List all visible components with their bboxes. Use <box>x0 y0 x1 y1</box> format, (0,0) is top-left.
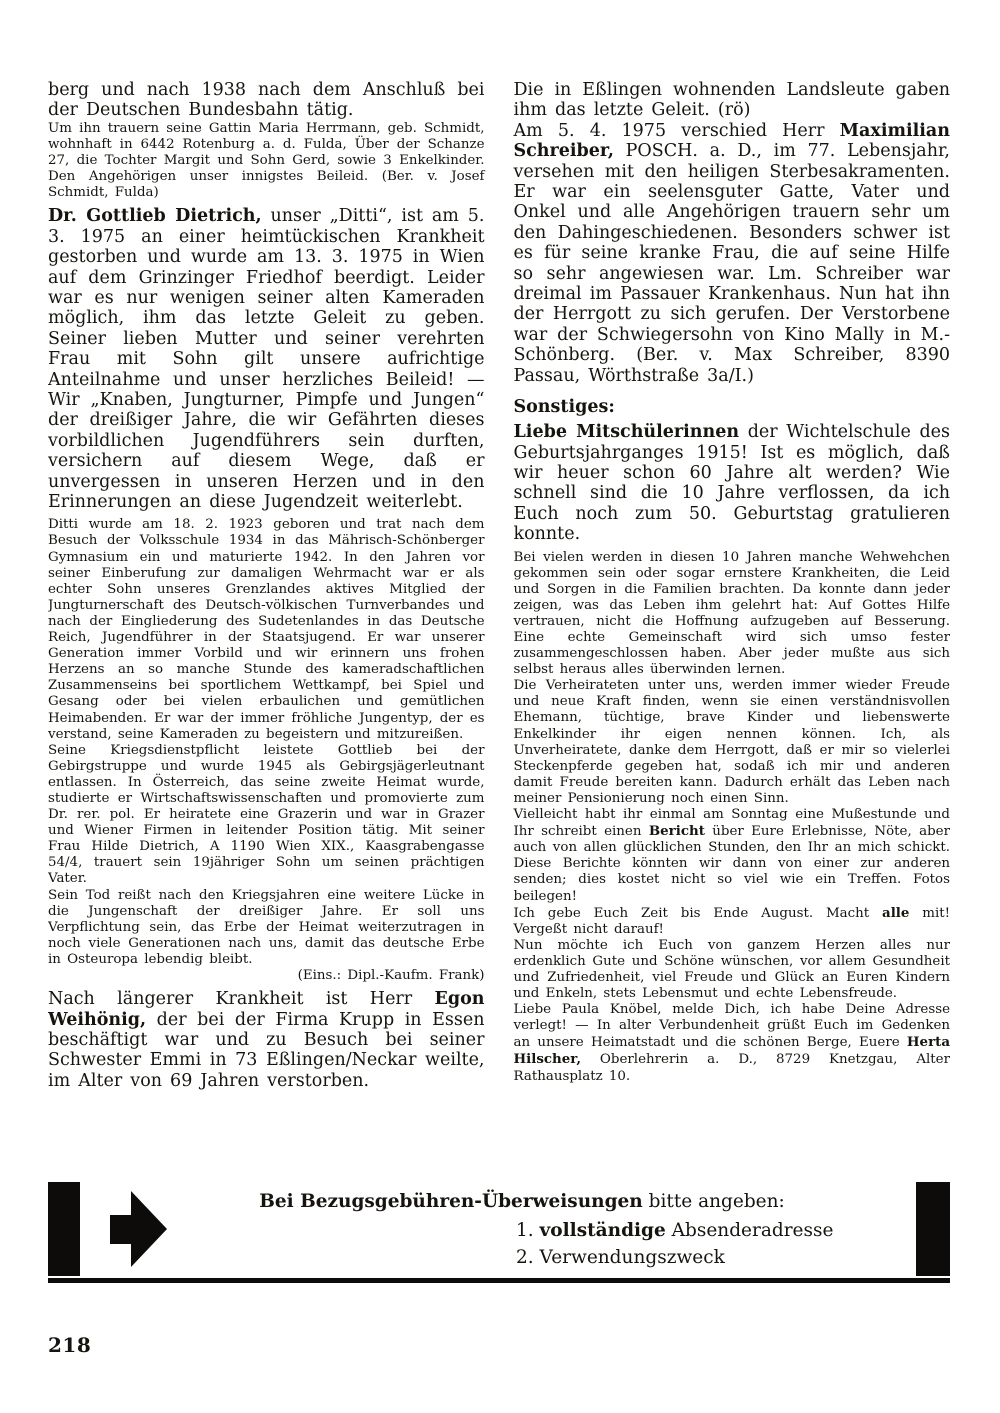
two-column-text: berg und nach 1938 nach dem Anschluß bei… <box>48 80 950 1174</box>
banner-left-bar <box>48 1182 80 1276</box>
text-segment: (Eins.: Dipl.-Kaufm. Frank) <box>298 968 485 983</box>
banner-right-bar <box>916 1182 950 1276</box>
text-segment: alle <box>882 905 909 921</box>
obituary-paragraph: berg und nach 1938 nach dem Anschluß bei… <box>48 80 485 121</box>
text-segment: unser „Ditti“, ist am 5. 3. 1975 an eine… <box>48 206 485 512</box>
text-segment: Bei vielen werden in diesen 10 Jahren ma… <box>514 550 951 678</box>
payment-notice-banner: Bei Bezugsgebühren-Überweisungen bitte a… <box>48 1182 950 1276</box>
banner-list-item: 2. Verwendungszweck <box>516 1244 900 1271</box>
text-segment: Um ihn trauern seine Gattin Maria Herrma… <box>48 121 485 200</box>
notice-fineprint: Ich gebe Euch Zeit bis Ende August. Mach… <box>514 905 951 938</box>
text-segment: Sein Tod reißt nach den Kriegsjahren ein… <box>48 888 485 967</box>
text-segment: berg und nach 1938 nach dem Anschluß bei… <box>48 80 485 120</box>
banner-list: 1. vollständige Absenderadresse 2. Verwe… <box>516 1217 900 1271</box>
section-heading: Sonstiges: <box>514 397 951 417</box>
right-column: Die in Eßlingen wohnenden Landsleute gab… <box>514 80 951 1174</box>
notice-fineprint: Liebe Paula Knöbel, melde Dich, ich habe… <box>514 1002 951 1084</box>
notice-fineprint: Vielleicht habt ihr einmal am Sonntag ei… <box>514 807 951 905</box>
obituary-paragraph: Am 5. 4. 1975 verschied Herr Maximilian … <box>514 121 951 386</box>
text-segment: Absenderadresse <box>666 1220 834 1241</box>
notice-fineprint: Die Verheirateten unter uns, werden imme… <box>514 678 951 807</box>
obituary-fineprint: Sein Tod reißt nach den Kriegsjahren ein… <box>48 888 485 968</box>
bottom-rule <box>48 1278 950 1283</box>
scanned-page: berg und nach 1938 nach dem Anschluß bei… <box>0 0 1000 1357</box>
text-segment: Am 5. 4. 1975 verschied Herr <box>514 121 840 141</box>
text-segment: Nun möchte ich Euch von ganzem Herzen al… <box>514 938 951 1001</box>
obituary-paragraph: Dr. Gottlieb Dietrich, unser „Ditti“, is… <box>48 206 485 512</box>
obituary-paragraph: Nach längerer Krankheit ist Herr Egon We… <box>48 989 485 1091</box>
contributor-byline: (Eins.: Dipl.-Kaufm. Frank) <box>48 968 485 984</box>
obituary-fineprint: Seine Kriegsdienstpflicht leistete Gottl… <box>48 743 485 888</box>
text-segment: vollständige <box>540 1220 666 1241</box>
banner-text: Bei Bezugsgebühren-Überweisungen bitte a… <box>144 1182 900 1271</box>
text-segment: POSCH. a. D., im 77. Lebensjahr, versehe… <box>514 141 951 385</box>
obituary-paragraph: Die in Eßlingen wohnenden Landsleute gab… <box>514 80 951 121</box>
left-column: berg und nach 1938 nach dem Anschluß bei… <box>48 80 485 1174</box>
text-segment: Liebe Mitschülerinnen <box>514 422 740 442</box>
text-segment: Nach längerer Krankheit ist Herr <box>48 989 435 1009</box>
text-segment: Die Verheirateten unter uns, werden imme… <box>514 678 951 806</box>
notice-fineprint: Nun möchte ich Euch von ganzem Herzen al… <box>514 938 951 1002</box>
text-segment: Dr. Gottlieb Dietrich, <box>48 206 262 226</box>
text-segment: Ditti wurde am 18. 2. 1923 geboren und t… <box>48 517 485 741</box>
notice-fineprint: Bei vielen werden in diesen 10 Jahren ma… <box>514 550 951 679</box>
banner-title: Bei Bezugsgebühren-Überweisungen bitte a… <box>144 1182 900 1213</box>
text-segment: Ich gebe Euch Zeit bis Ende August. Mach… <box>514 906 883 921</box>
notice-paragraph: Liebe Mitschülerinnen der Wichtelschule … <box>514 422 951 544</box>
obituary-fineprint: Ditti wurde am 18. 2. 1923 geboren und t… <box>48 517 485 742</box>
page-number: 218 <box>48 1333 950 1357</box>
text-segment: 2. Verwendungszweck <box>516 1247 725 1268</box>
text-segment: Liebe Paula Knöbel, melde Dich, ich habe… <box>514 1002 951 1050</box>
text-segment: bitte angeben: <box>643 1191 785 1212</box>
text-segment: Die in Eßlingen wohnenden Landsleute gab… <box>514 80 951 120</box>
text-segment: Bericht <box>649 823 705 839</box>
obituary-fineprint: Um ihn trauern seine Gattin Maria Herrma… <box>48 121 485 201</box>
text-segment: Seine Kriegsdienstpflicht leistete Gottl… <box>48 743 485 887</box>
banner-list-item: 1. vollständige Absenderadresse <box>516 1217 900 1244</box>
text-segment: Bei Bezugsgebühren-Überweisungen <box>259 1191 643 1212</box>
text-segment: 1. <box>516 1220 540 1241</box>
